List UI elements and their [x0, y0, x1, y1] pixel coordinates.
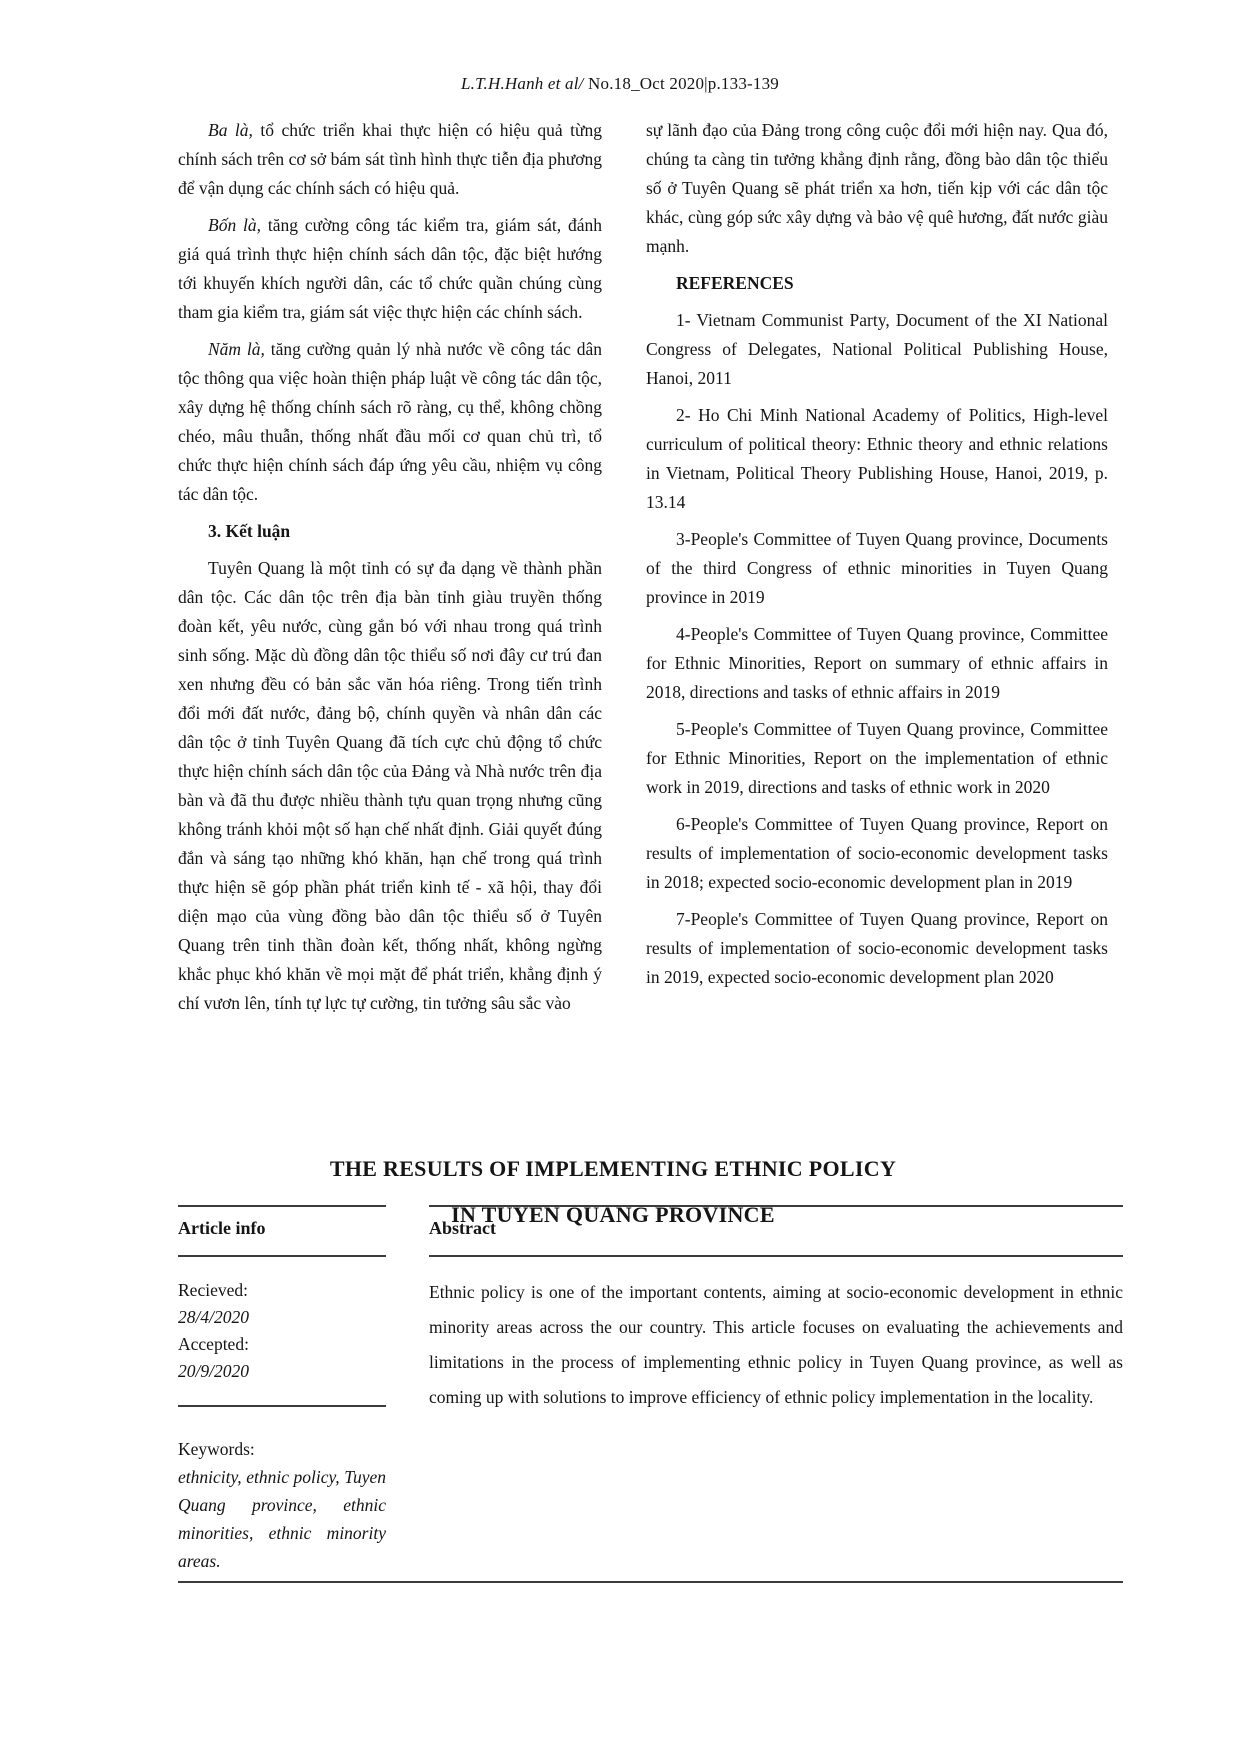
- abstract-column: Abstract Ethnic policy is one of the imp…: [429, 1205, 1123, 1575]
- journal-page: L.T.H.Hanh et al/ No.18_Oct 2020|p.133-1…: [0, 0, 1240, 1754]
- left-column: Ba là, tổ chức triển khai thực hiện có h…: [178, 116, 602, 1026]
- received-label: Recieved:: [178, 1277, 386, 1304]
- reference-item: 2- Ho Chi Minh National Academy of Polit…: [646, 401, 1108, 517]
- reference-item: 6-People's Committee of Tuyen Quang prov…: [646, 810, 1108, 897]
- horizontal-rule: [178, 1255, 386, 1257]
- abstract-text: Ethnic policy is one of the important co…: [429, 1275, 1123, 1415]
- abstract-heading: Abstract: [429, 1207, 1123, 1255]
- running-head-issue: No.18_Oct 2020|p.133-139: [584, 74, 779, 93]
- accepted-label: Accepted:: [178, 1331, 386, 1358]
- conclusion-paragraph: Tuyên Quang là một tỉnh có sự đa dạng về…: [178, 554, 602, 1018]
- article-info-column: Article info Recieved: 28/4/2020 Accepte…: [178, 1205, 386, 1575]
- paragraph-lead: Ba là,: [208, 120, 253, 140]
- article-info-abstract-section: Article info Recieved: 28/4/2020 Accepte…: [178, 1205, 1123, 1575]
- conclusion-heading: 3. Kết luận: [178, 517, 602, 546]
- reference-item: 7-People's Committee of Tuyen Quang prov…: [646, 905, 1108, 992]
- running-head-authors: L.T.H.Hanh et al/: [461, 74, 584, 93]
- paragraph-lead: Năm là,: [208, 339, 265, 359]
- paragraph-ba-la: Ba là, tổ chức triển khai thực hiện có h…: [178, 116, 602, 203]
- received-date: 28/4/2020: [178, 1304, 386, 1331]
- paragraph-bon-la: Bốn là, tăng cường công tác kiểm tra, gi…: [178, 211, 602, 327]
- paragraph-nam-la: Năm là, tăng cường quản lý nhà nước về c…: [178, 335, 602, 509]
- paragraph-lead: Bốn là,: [208, 215, 261, 235]
- info-columns: Article info Recieved: 28/4/2020 Accepte…: [178, 1205, 1123, 1575]
- keywords-label: Keywords:: [178, 1435, 386, 1463]
- paragraph-text: tăng cường quản lý nhà nước về công tác …: [178, 339, 602, 504]
- horizontal-rule: [429, 1255, 1123, 1257]
- right-column: sự lãnh đạo của Đảng trong công cuộc đổi…: [646, 116, 1108, 1026]
- continuation-paragraph: sự lãnh đạo của Đảng trong công cuộc đổi…: [646, 116, 1108, 261]
- reference-item: 5-People's Committee of Tuyen Quang prov…: [646, 715, 1108, 802]
- reference-item: 4-People's Committee of Tuyen Quang prov…: [646, 620, 1108, 707]
- keywords-text: ethnicity, ethnic policy, Tuyen Quang pr…: [178, 1463, 386, 1575]
- reference-item: 3-People's Committee of Tuyen Quang prov…: [646, 525, 1108, 612]
- reference-item: 1- Vietnam Communist Party, Document of …: [646, 306, 1108, 393]
- dates-block: Recieved: 28/4/2020 Accepted: 20/9/2020: [178, 1277, 386, 1385]
- horizontal-rule: [178, 1405, 386, 1407]
- bottom-horizontal-rule: [178, 1581, 1123, 1583]
- references-heading: REFERENCES: [646, 269, 1108, 298]
- article-info-heading: Article info: [178, 1207, 386, 1255]
- running-head: L.T.H.Hanh et al/ No.18_Oct 2020|p.133-1…: [0, 74, 1240, 94]
- two-column-body: Ba là, tổ chức triển khai thực hiện có h…: [178, 116, 1108, 1026]
- article-title-line1: THE RESULTS OF IMPLEMENTING ETHNIC POLIC…: [148, 1146, 1078, 1192]
- accepted-date: 20/9/2020: [178, 1358, 386, 1385]
